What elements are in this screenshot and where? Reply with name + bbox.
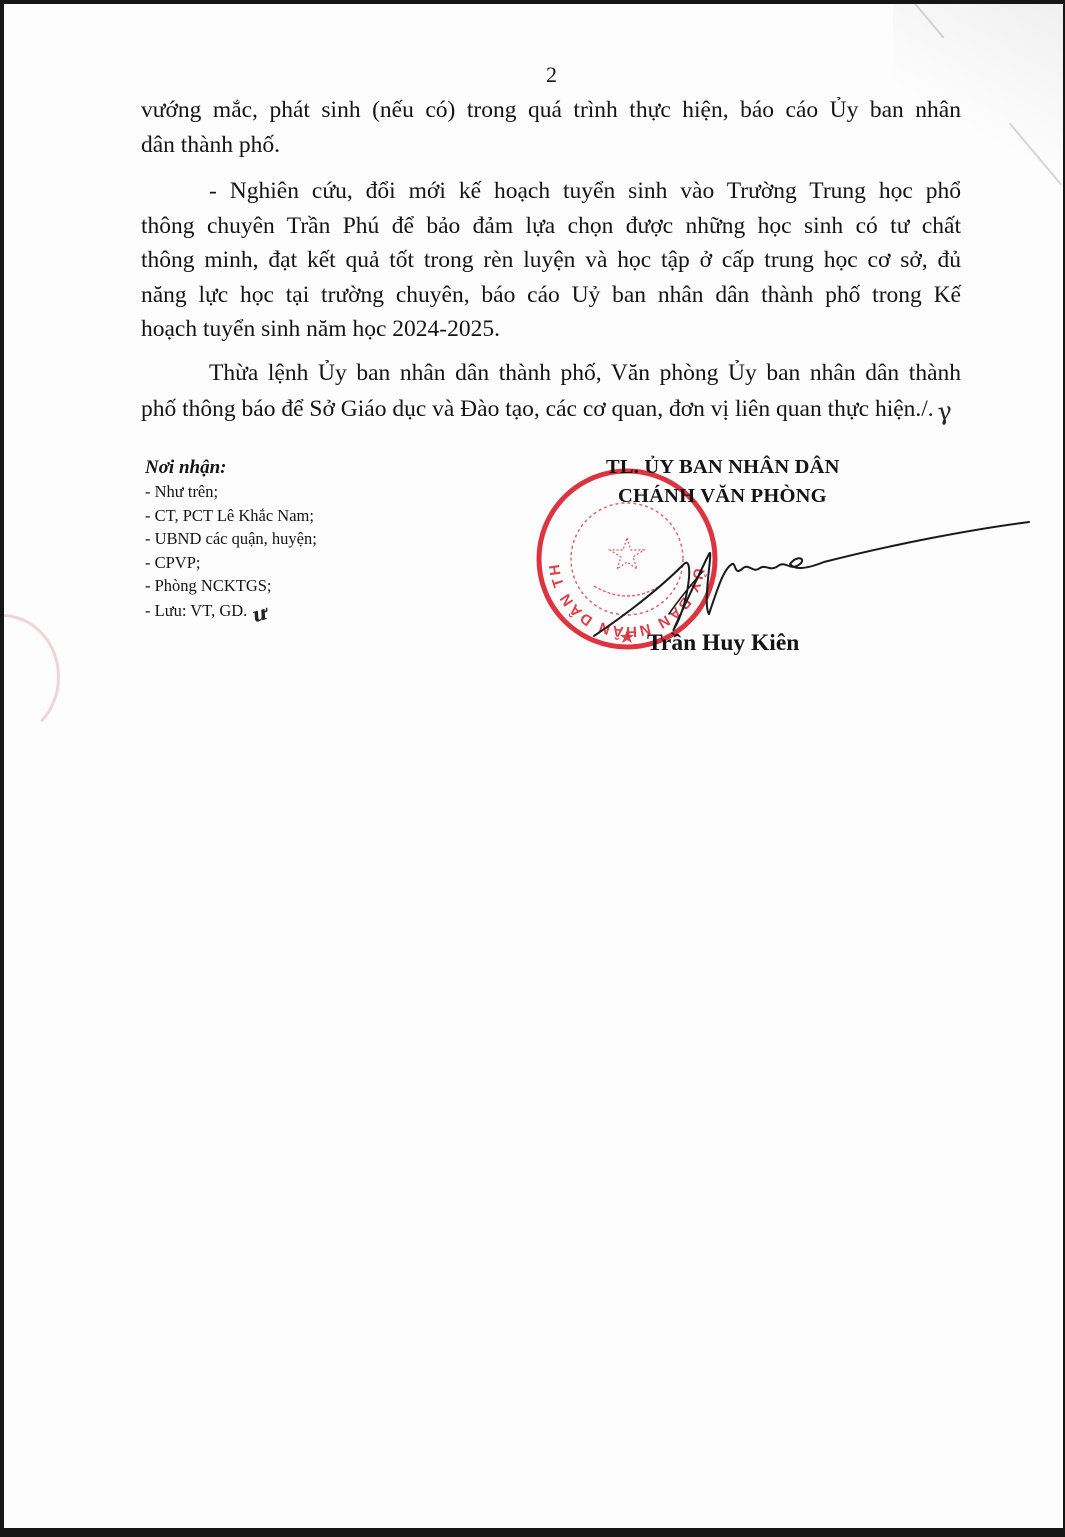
text-line: Thừa lệnh Ủy ban nhân dân thành phố, Văn… [141,356,961,391]
handwritten-end-mark: γ [933,393,953,429]
handwritten-signature-icon [574,514,1034,644]
paragraph-research-admission: - Nghiên cứu, đổi mới kế hoạch tuyển sin… [141,174,961,347]
text-line: năng lực học tại trường chuyên, báo cáo … [141,278,961,313]
handwritten-initials: ư [250,601,270,627]
recipient-item: - Lưu: VT, GD.ư [145,598,317,623]
closing-text: phố thông báo để Sở Giáo dục và Đào tạo,… [141,396,934,422]
text-line: thông minh, đạt kết quả tốt trong rèn lu… [141,243,961,278]
text-line: phố thông báo để Sở Giáo dục và Đào tạo,… [141,391,961,427]
recipient-item-text: - Lưu: VT, GD. [145,601,247,620]
signature-block: ỦY BAN NHÂN DÂN THÀNH PHỐ HẢI PHÒNG TL. … [534,454,1034,674]
recipient-item: - UBND các quận, huyện; [145,527,317,551]
recipient-item: - CPVP; [145,551,317,575]
text-line: dân thành phố. [141,128,961,163]
text-line: hoạch tuyển sinh năm học 2024-2025. [141,312,961,347]
bleed-through-stamp-mark [4,614,60,740]
recipients-heading: Nơi nhận: [145,456,317,480]
recipient-item: - Phòng NCKTGS; [145,574,317,598]
recipients-list: Nơi nhận: - Như trên; - CT, PCT Lê Khắc … [145,456,317,622]
page-number: 2 [4,62,1063,88]
document-page: 2 vướng mắc, phát sinh (nếu có) trong qu… [4,4,1063,1528]
signature-title-line-2: CHÁNH VĂN PHÒNG [618,485,827,508]
paragraph-closing: Thừa lệnh Ủy ban nhân dân thành phố, Văn… [141,356,961,426]
text-line: vướng mắc, phát sinh (nếu có) trong quá … [141,93,961,128]
text-line: - Nghiên cứu, đổi mới kế hoạch tuyển sin… [141,174,961,209]
signature-title-line-1: TL. ỦY BAN NHÂN DÂN [606,456,840,479]
text-line: thông chuyên Trần Phú để bảo đảm lựa chọ… [141,209,961,244]
scanned-document-frame: 2 vướng mắc, phát sinh (nếu có) trong qu… [0,0,1065,1537]
paragraph-continuation: vướng mắc, phát sinh (nếu có) trong quá … [141,93,961,162]
recipient-item: - Như trên; [145,480,317,504]
recipient-item: - CT, PCT Lê Khắc Nam; [145,504,317,528]
